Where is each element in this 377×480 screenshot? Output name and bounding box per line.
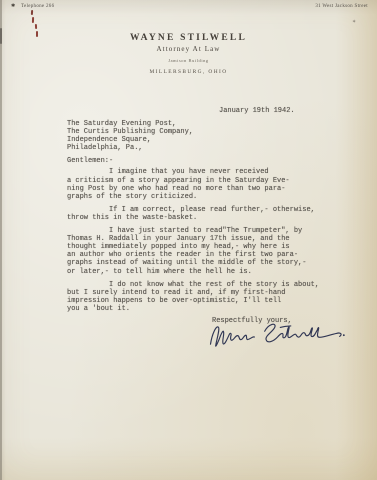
scanned-letter-page: ✱ ✶ Telephone 266 31 West Jackson Street… bbox=[0, 0, 377, 480]
recipient-address-block: The Saturday Evening Post, The Curtis Pu… bbox=[67, 120, 319, 152]
letterhead-building: Jamison Building bbox=[0, 58, 377, 63]
paragraph-2: If I am correct, please read further,- o… bbox=[67, 206, 319, 222]
ink-speck: ✶ bbox=[352, 20, 356, 25]
paragraph-1: I imagine that you have never received a… bbox=[67, 168, 319, 200]
letterhead-street-address: 31 West Jackson Street bbox=[315, 4, 368, 9]
paragraph-3: I have just started to read"The Trumpete… bbox=[67, 227, 319, 276]
letter-date: January 19th 1942. bbox=[219, 107, 295, 115]
salutation: Gentlemen:- bbox=[67, 157, 319, 165]
red-ink-mark bbox=[35, 24, 37, 29]
red-ink-mark bbox=[32, 17, 34, 23]
ink-speck: ✱ bbox=[11, 4, 15, 9]
letterhead-city: MILLERSBURG, OHIO bbox=[0, 69, 377, 75]
letterhead-telephone: Telephone 266 bbox=[21, 4, 54, 9]
paragraph-4: I do not know what the rest of the story… bbox=[67, 281, 319, 313]
signature-handwriting bbox=[205, 315, 348, 357]
letterhead-title: Attorney At Law bbox=[0, 45, 377, 53]
letterhead-name: WAYNE STILWELL bbox=[0, 33, 377, 43]
red-ink-mark bbox=[31, 10, 33, 15]
letter-body: The Saturday Evening Post, The Curtis Pu… bbox=[67, 120, 319, 318]
